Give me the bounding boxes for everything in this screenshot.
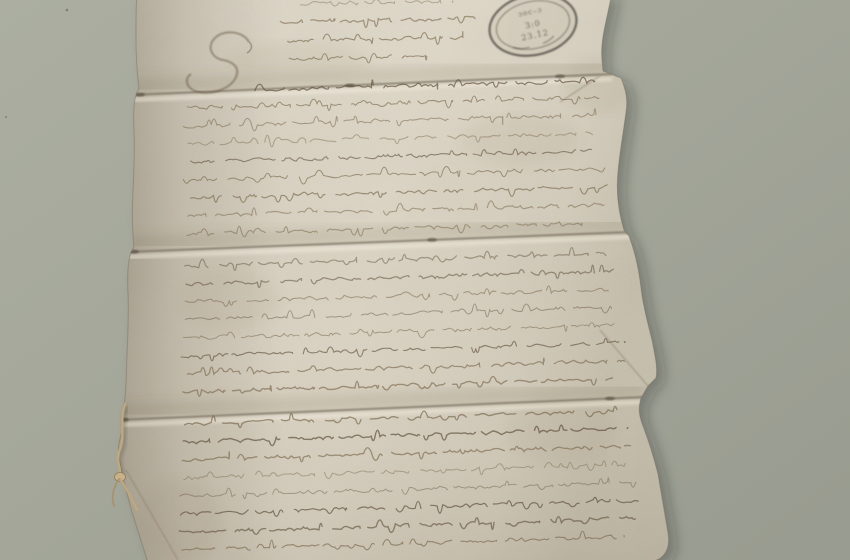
crease-notch: [427, 238, 437, 242]
photo-of-manuscript: ɔoc–ɔ3:023.12: [0, 0, 850, 560]
manuscript-photo-svg: ɔoc–ɔ3:023.12: [0, 0, 850, 560]
crease-notch: [555, 74, 565, 78]
paper-stain: [460, 115, 580, 165]
crease-notch: [605, 396, 615, 400]
dust-speck: [5, 116, 7, 118]
paper-stain: [140, 480, 220, 560]
dust-speck: [66, 9, 69, 12]
